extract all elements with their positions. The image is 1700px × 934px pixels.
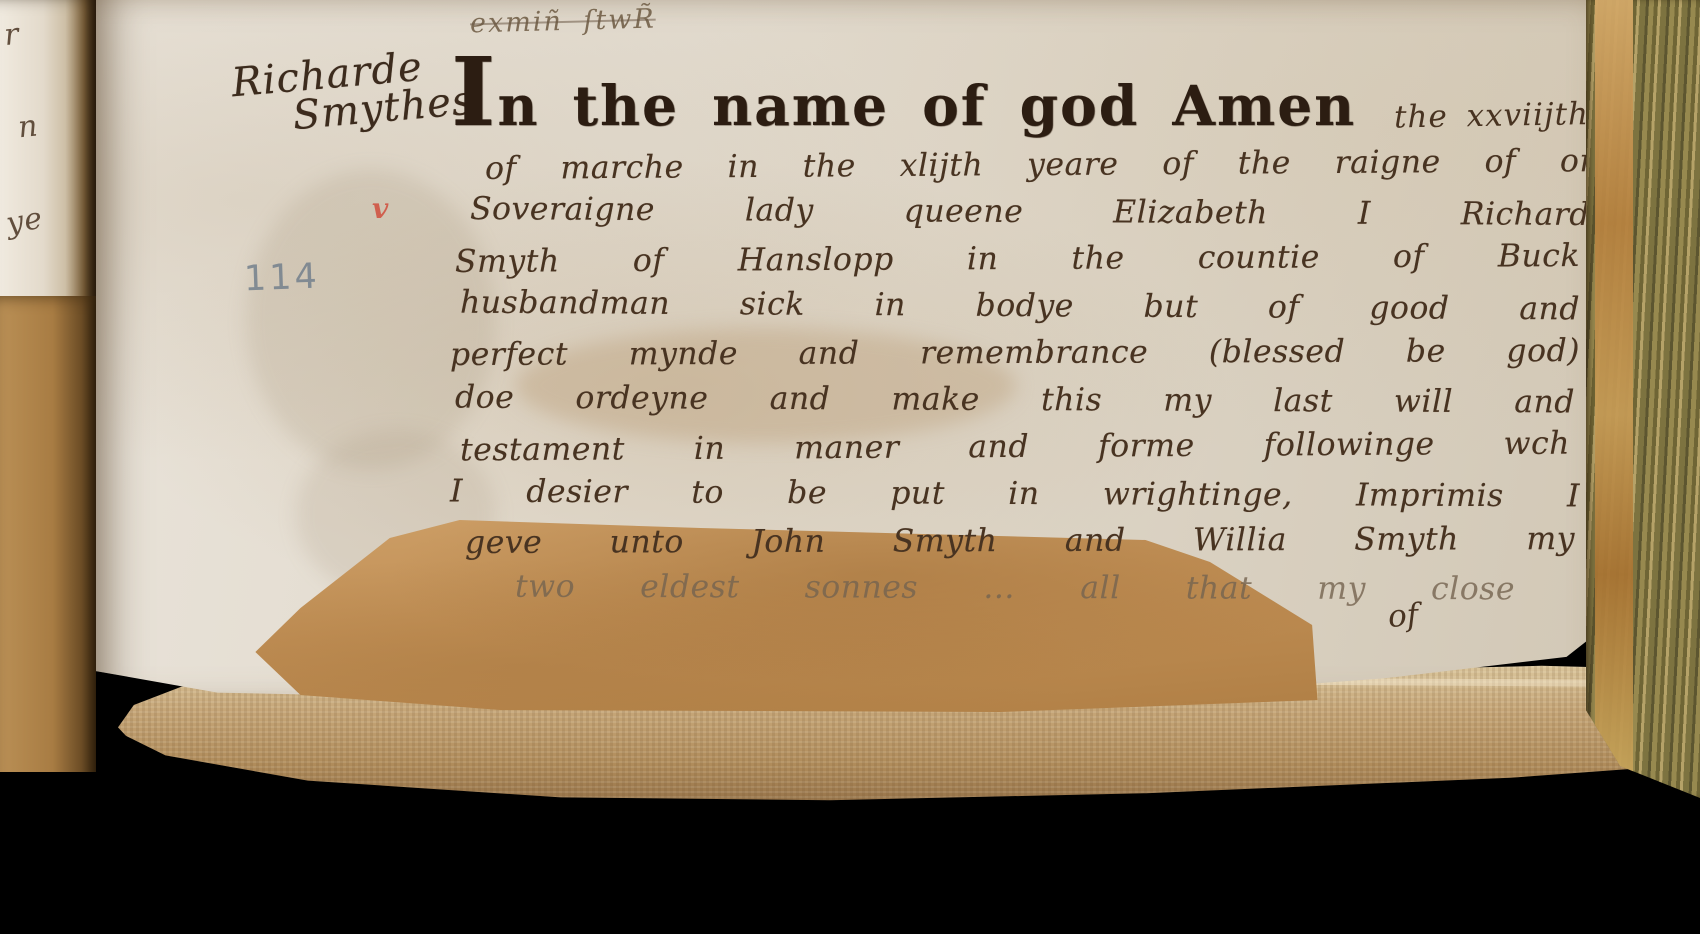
will-line: I desier to be put in wrightinge, Imprim… bbox=[450, 477, 1580, 513]
folio-number: 114 bbox=[243, 257, 320, 300]
will-line: perfect mynde and remembrance (blessed b… bbox=[450, 336, 1580, 371]
previous-folio-repair-patch bbox=[0, 296, 96, 772]
will-line: Soveraigne lady queene Elizabeth I Richa… bbox=[470, 194, 1590, 231]
will-text-block: In the name of god Amen the xxviijth day… bbox=[445, 60, 1615, 620]
previous-folio-strip: r n ye for ter bbox=[0, 0, 96, 772]
folio-text-fragment: ye bbox=[4, 193, 87, 241]
will-line: geve unto John Smyth and Willia Smyth my bbox=[465, 524, 1575, 559]
will-line: of marche in the xlijth yeare of the rai… bbox=[485, 146, 1595, 185]
will-line: husbandman sick in bodye but of good and bbox=[460, 288, 1580, 326]
will-line: doe ordeyne and make this my last will a… bbox=[455, 383, 1575, 419]
catchword: of bbox=[1387, 597, 1420, 635]
will-line: testament in maner and forme followinge … bbox=[460, 429, 1570, 467]
will-opening-line: In the name of god Amen the xxviijth day… bbox=[451, 60, 1615, 138]
will-line: two eldest sonnes … all that my close bbox=[515, 572, 1515, 606]
red-check-mark: v bbox=[372, 192, 388, 225]
will-heading: In the name of god Amen bbox=[451, 60, 1356, 138]
page-edge-stain-streak bbox=[1595, 0, 1633, 798]
will-body: of marche in the xlijth yeare of the rai… bbox=[445, 150, 1615, 605]
scribal-annotation: exmiñ ſtwR̃ bbox=[470, 4, 656, 40]
folio-text-fragment: r bbox=[2, 10, 85, 53]
folio-text-fragment: n bbox=[16, 104, 85, 146]
stacked-page-edges bbox=[1586, 0, 1700, 798]
will-line: Smyth of Hanslopp in the countie of Buck bbox=[455, 241, 1580, 278]
manuscript-photo: r n ye for ter exmiñ ſtwR̃ Richarde Smyt… bbox=[0, 0, 1700, 934]
